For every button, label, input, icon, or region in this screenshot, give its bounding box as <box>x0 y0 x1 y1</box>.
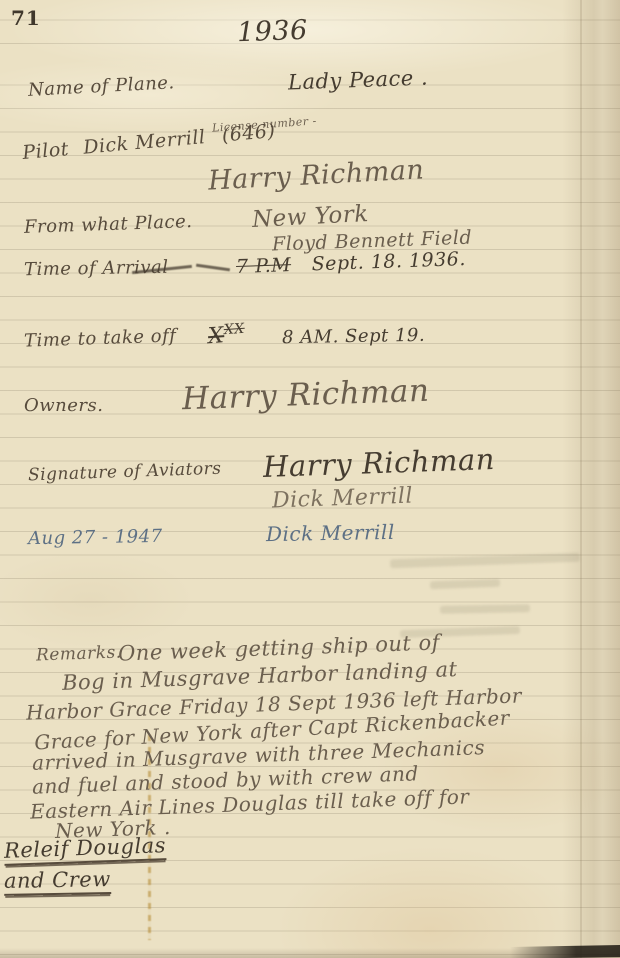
later-note-date: Aug 27 - 1947 <box>28 526 163 549</box>
bleed-through-text <box>440 604 530 614</box>
aviator-signature-2: Dick Merrill <box>272 484 414 514</box>
aviator-signature-1: Harry Richman <box>262 442 495 484</box>
page-edge-line <box>580 0 582 958</box>
field-label-signatures: Signature of Aviators <box>28 459 222 486</box>
field-value-arrival: 7 P.M Sept. 18. 1936. <box>236 248 467 278</box>
pilot-line: Pilot Dick Merrill (646) <box>22 120 277 164</box>
arrival-date: Sept. 18. 1936. <box>311 248 466 275</box>
field-label-from-place: From what Place. <box>24 211 193 238</box>
field-label-takeoff: Time to take off <box>24 325 177 351</box>
arrival-time-overwritten: 7 P.M <box>236 254 292 278</box>
bleed-through-text <box>390 553 580 569</box>
pilot-name: Dick Merrill <box>82 126 206 159</box>
field-value-takeoff: 8 AM. Sept 19. <box>282 325 425 348</box>
year-heading: 1936 <box>236 15 308 48</box>
field-label-owners: Owners. <box>24 395 103 416</box>
relief-note-line1: Releif Douglas <box>4 833 167 863</box>
owners-signature: Harry Richman <box>181 373 430 418</box>
second-pilot-signature: Harry Richman <box>207 154 425 196</box>
page-curve-shading <box>562 0 620 958</box>
relief-note-line2: and Crew <box>4 867 111 893</box>
later-note-signature: Dick Merrill <box>266 520 395 546</box>
bleed-through-text <box>430 579 500 589</box>
logbook-page: 71 1936 Name of Plane. Lady Peace . Lice… <box>0 0 620 958</box>
field-label-pilot: Pilot <box>22 138 70 164</box>
photo-corner-dark <box>510 945 620 958</box>
page-number: 71 <box>11 6 41 30</box>
field-label-remarks: Remarks. <box>36 643 122 666</box>
field-value-name-of-plane: Lady Peace . <box>288 66 429 95</box>
field-label-name-of-plane: Name of Plane. <box>28 72 176 101</box>
field-value-from-place: New York <box>251 201 369 233</box>
takeoff-crossed-out: XXX <box>207 321 246 350</box>
scribble-mark <box>196 264 230 272</box>
pilot-license-number: (646) <box>221 120 276 147</box>
